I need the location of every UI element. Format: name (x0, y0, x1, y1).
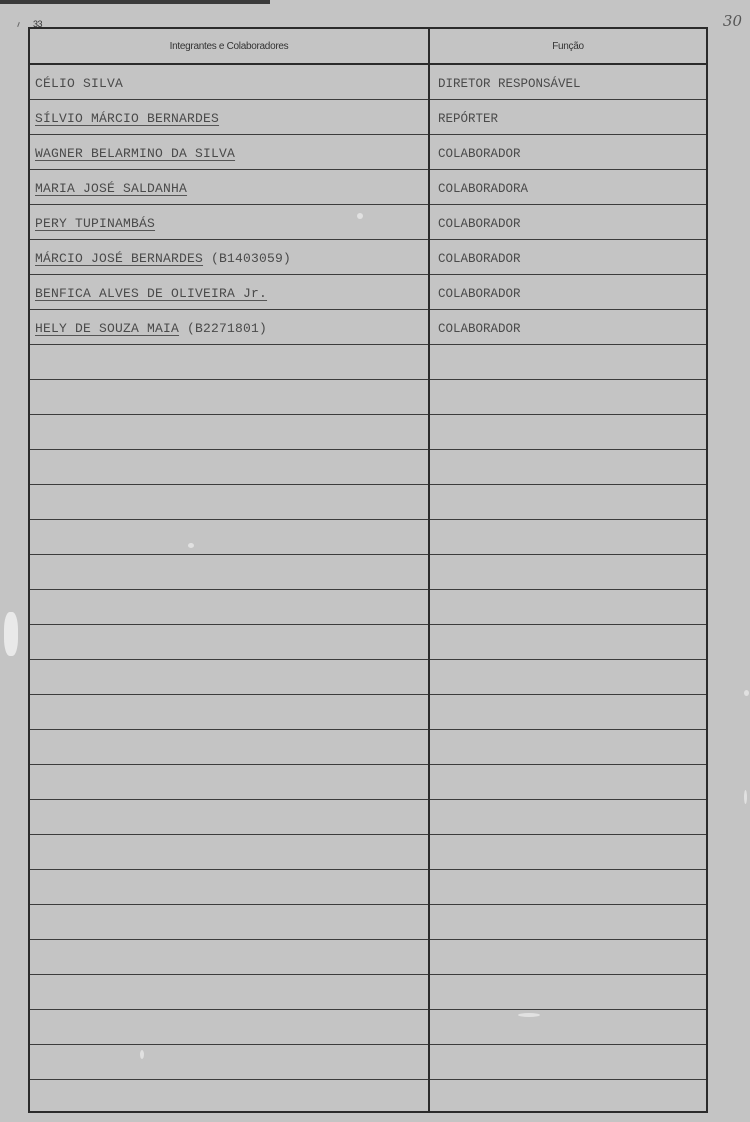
table-row: CÉLIO SILVA DIRETOR RESPONSÁVEL (30, 65, 706, 100)
member-role: DIRETOR RESPONSÁVEL (438, 65, 703, 98)
empty-table-row (30, 625, 706, 660)
scan-speck (140, 1050, 144, 1059)
member-name: BENFICA ALVES DE OLIVEIRA Jr. (35, 275, 425, 308)
header-function: Função (430, 29, 706, 63)
scan-speck (188, 543, 194, 548)
column-divider (428, 29, 430, 1111)
empty-table-row (30, 695, 706, 730)
empty-table-row (30, 765, 706, 800)
empty-table-row (30, 345, 706, 380)
empty-table-row (30, 730, 706, 765)
scan-speck (4, 612, 18, 656)
scan-edge-band (0, 0, 270, 4)
member-name: PERY TUPINAMBÁS (35, 205, 425, 238)
member-role: COLABORADOR (438, 275, 703, 308)
table-header: Integrantes e Colaboradores Função (30, 29, 706, 65)
member-name: SÍLVIO MÁRCIO BERNARDES (35, 100, 425, 133)
member-name: HELY DE SOUZA MAIA (B2271801) (35, 310, 425, 343)
empty-table-row (30, 590, 706, 625)
table-row: WAGNER BELARMINO DA SILVA COLABORADOR (30, 135, 706, 170)
member-name: WAGNER BELARMINO DA SILVA (35, 135, 425, 168)
header-members: Integrantes e Colaboradores (30, 29, 428, 63)
empty-table-row (30, 905, 706, 940)
empty-table-row (30, 450, 706, 485)
member-name: CÉLIO SILVA (35, 65, 425, 98)
members-table: Integrantes e Colaboradores Função CÉLIO… (28, 27, 708, 1113)
pen-mark (17, 22, 20, 27)
table-body: CÉLIO SILVA DIRETOR RESPONSÁVEL SÍLVIO M… (30, 65, 706, 1115)
table-row: MÁRCIO JOSÉ BERNARDES (B1403059) COLABOR… (30, 240, 706, 275)
table-row: MARIA JOSÉ SALDANHA COLABORADORA (30, 170, 706, 205)
empty-table-row (30, 520, 706, 555)
empty-table-row (30, 800, 706, 835)
table-row: PERY TUPINAMBÁS COLABORADOR (30, 205, 706, 240)
member-role: COLABORADOR (438, 205, 703, 238)
table-row: BENFICA ALVES DE OLIVEIRA Jr. COLABORADO… (30, 275, 706, 310)
empty-table-row (30, 1080, 706, 1115)
empty-table-row (30, 485, 706, 520)
empty-table-row (30, 1045, 706, 1080)
empty-table-row (30, 1010, 706, 1045)
empty-table-row (30, 835, 706, 870)
empty-table-row (30, 870, 706, 905)
page-number: 30 (723, 12, 742, 30)
member-name: MARIA JOSÉ SALDANHA (35, 170, 425, 203)
scan-speck (357, 213, 363, 219)
empty-table-row (30, 380, 706, 415)
scan-speck (744, 790, 747, 804)
member-role: COLABORADORA (438, 170, 703, 203)
empty-table-row (30, 555, 706, 590)
empty-table-row (30, 940, 706, 975)
member-role: COLABORADOR (438, 240, 703, 273)
table-row: HELY DE SOUZA MAIA (B2271801) COLABORADO… (30, 310, 706, 345)
empty-table-row (30, 660, 706, 695)
member-name: MÁRCIO JOSÉ BERNARDES (B1403059) (35, 240, 425, 273)
member-role: REPÓRTER (438, 100, 703, 133)
empty-table-row (30, 415, 706, 450)
member-role: COLABORADOR (438, 310, 703, 343)
member-role: COLABORADOR (438, 135, 703, 168)
table-row: SÍLVIO MÁRCIO BERNARDES REPÓRTER (30, 100, 706, 135)
scan-speck (744, 690, 749, 696)
empty-table-row (30, 975, 706, 1010)
scan-speck (518, 1013, 540, 1017)
